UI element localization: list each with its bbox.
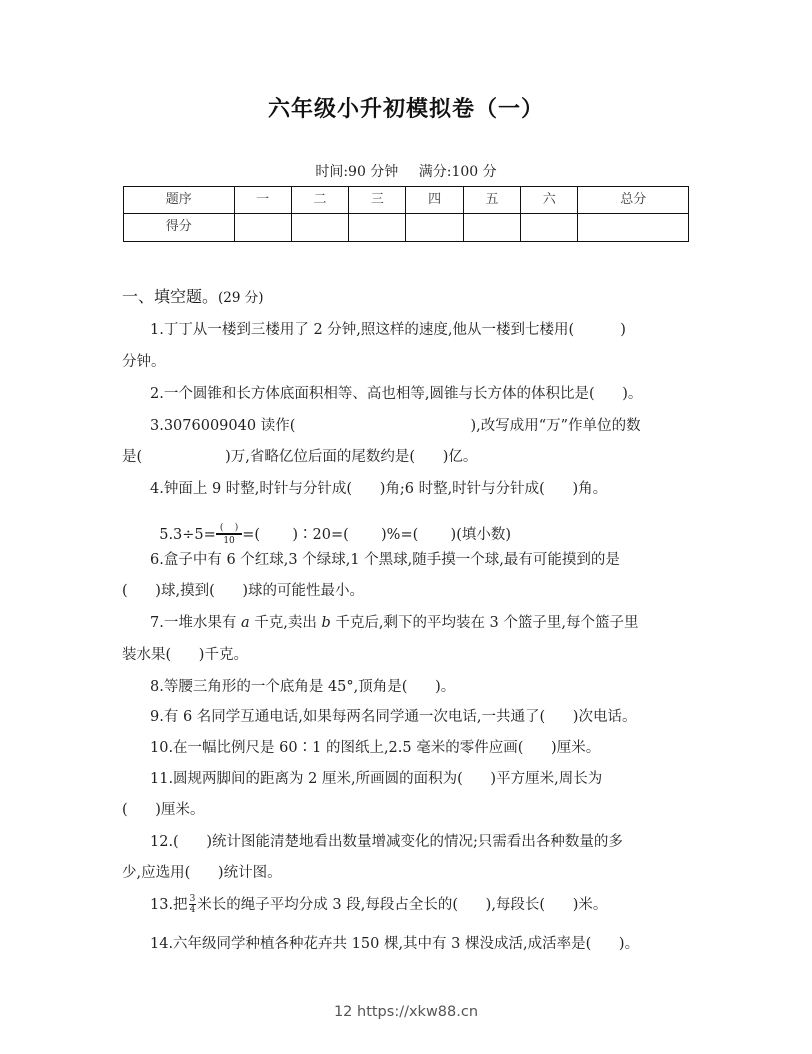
score-cell[interactable] xyxy=(521,214,578,242)
section-points: (29 分) xyxy=(218,290,264,306)
q7-text: 7.一堆水果有 xyxy=(150,615,241,631)
exam-meta: 时间:90 分钟 满分:100 分 xyxy=(0,161,812,181)
score-table-header-cell: 二 xyxy=(291,187,348,214)
variable-b: b xyxy=(321,615,330,631)
fraction-numerator: 3 xyxy=(189,895,197,905)
question-13: 13.把34米长的绳子平均分成 3 段,每段占全长的( ),每段长( )米。 xyxy=(150,893,607,915)
score-table-header-cell: 四 xyxy=(406,187,463,214)
q5-suffix: =( )∶20=( )%=( )(填小数) xyxy=(242,527,511,543)
score-table-header-cell: 六 xyxy=(521,187,578,214)
fraction-denominator: 4 xyxy=(189,905,197,915)
question-11-cont: ( )厘米。 xyxy=(122,798,204,819)
question-8: 8.等腰三角形的一个底角是 45°,顶角是( )。 xyxy=(150,675,455,696)
question-10: 10.在一幅比例尺是 60∶1 的图纸上,2.5 毫米的零件应画( )厘米。 xyxy=(150,736,600,757)
exam-time: 时间:90 分钟 xyxy=(315,164,398,180)
page-title: 六年级小升初模拟卷（一） xyxy=(0,92,812,123)
question-7: 7.一堆水果有 a 千克,卖出 b 千克后,剩下的平均装在 3 个篮子里,每个篮… xyxy=(150,611,639,632)
score-table-header-cell: 一 xyxy=(234,187,291,214)
score-table-header-cell: 五 xyxy=(463,187,520,214)
fraction-numerator: ( ) xyxy=(216,524,242,535)
score-table-header-row: 题序 一 二 三 四 五 六 总分 xyxy=(124,187,689,214)
score-cell[interactable] xyxy=(406,214,463,242)
score-cell[interactable] xyxy=(463,214,520,242)
score-table-header-cell: 三 xyxy=(349,187,406,214)
question-3-cont: 是( )万,省略亿位后面的尾数约是( )亿。 xyxy=(122,445,477,466)
question-5: 5.3÷5=( )10=( )∶20=( )%=( )(填小数) xyxy=(150,507,511,546)
question-6: 6.盒子中有 6 个红球,3 个绿球,1 个黑球,随手摸一个球,最有可能摸到的是 xyxy=(150,548,620,569)
question-4: 4.钟面上 9 时整,时针与分针成( )角;6 时整,时针与分针成( )角。 xyxy=(150,477,607,498)
score-table: 题序 一 二 三 四 五 六 总分 得分 xyxy=(123,186,689,242)
fraction-denominator: 10 xyxy=(216,535,242,546)
question-1: 1.丁丁从一楼到三楼用了 2 分钟,照这样的速度,他从一楼到七楼用( ) xyxy=(150,318,626,339)
question-6-cont: ( )球,摸到( )球的可能性最小。 xyxy=(122,579,364,600)
score-table-header-cell: 总分 xyxy=(578,187,689,214)
q5-prefix: 5.3÷5= xyxy=(159,527,216,543)
fraction: ( )10 xyxy=(216,524,242,546)
score-table-header-cell: 题序 xyxy=(124,187,235,214)
exam-full-score: 满分:100 分 xyxy=(419,164,497,180)
score-cell[interactable] xyxy=(578,214,689,242)
q13-suffix: 米长的绳子平均分成 3 段,每段占全长的( ),每段长( )米。 xyxy=(197,897,607,913)
question-2: 2.一个圆锥和长方体底面积相等、高也相等,圆锥与长方体的体积比是( )。 xyxy=(150,382,642,403)
question-14: 14.六年级同学种植各种花卉共 150 棵,其中有 3 棵没成活,成活率是( )… xyxy=(150,932,639,953)
score-row-label: 得分 xyxy=(124,214,235,242)
score-cell[interactable] xyxy=(234,214,291,242)
footer-url[interactable]: https://xkw88.cn xyxy=(357,1004,478,1020)
section-heading: 一、填空题。(29 分) xyxy=(122,284,264,307)
q13-prefix: 13.把 xyxy=(150,897,188,913)
page-footer: 12 https://xkw88.cn xyxy=(0,1004,812,1020)
question-1-cont: 分钟。 xyxy=(122,350,166,371)
question-11: 11.圆规两脚间的距离为 2 厘米,所画圆的面积为( )平方厘米,周长为 xyxy=(150,767,602,788)
score-table-score-row: 得分 xyxy=(124,214,689,242)
question-3: 3.3076009040 读作( ),改写成用“万”作单位的数 xyxy=(150,414,641,435)
q7-text: 千克,卖出 xyxy=(250,615,322,631)
fraction: 34 xyxy=(189,895,197,915)
score-cell[interactable] xyxy=(291,214,348,242)
variable-a: a xyxy=(241,615,250,631)
score-cell[interactable] xyxy=(349,214,406,242)
question-9: 9.有 6 名同学互通电话,如果每两名同学通一次电话,一共通了( )次电话。 xyxy=(150,705,636,726)
question-12: 12.( )统计图能清楚地看出数量增减变化的情况;只需看出各种数量的多 xyxy=(150,830,623,851)
question-12-cont: 少,应选用( )统计图。 xyxy=(122,861,282,882)
question-7-cont: 装水果( )千克。 xyxy=(122,643,248,664)
page-number: 12 xyxy=(334,1004,352,1020)
section-label: 一、填空题。 xyxy=(122,287,218,306)
q7-text: 千克后,剩下的平均装在 3 个篮子里,每个篮子里 xyxy=(331,615,639,631)
